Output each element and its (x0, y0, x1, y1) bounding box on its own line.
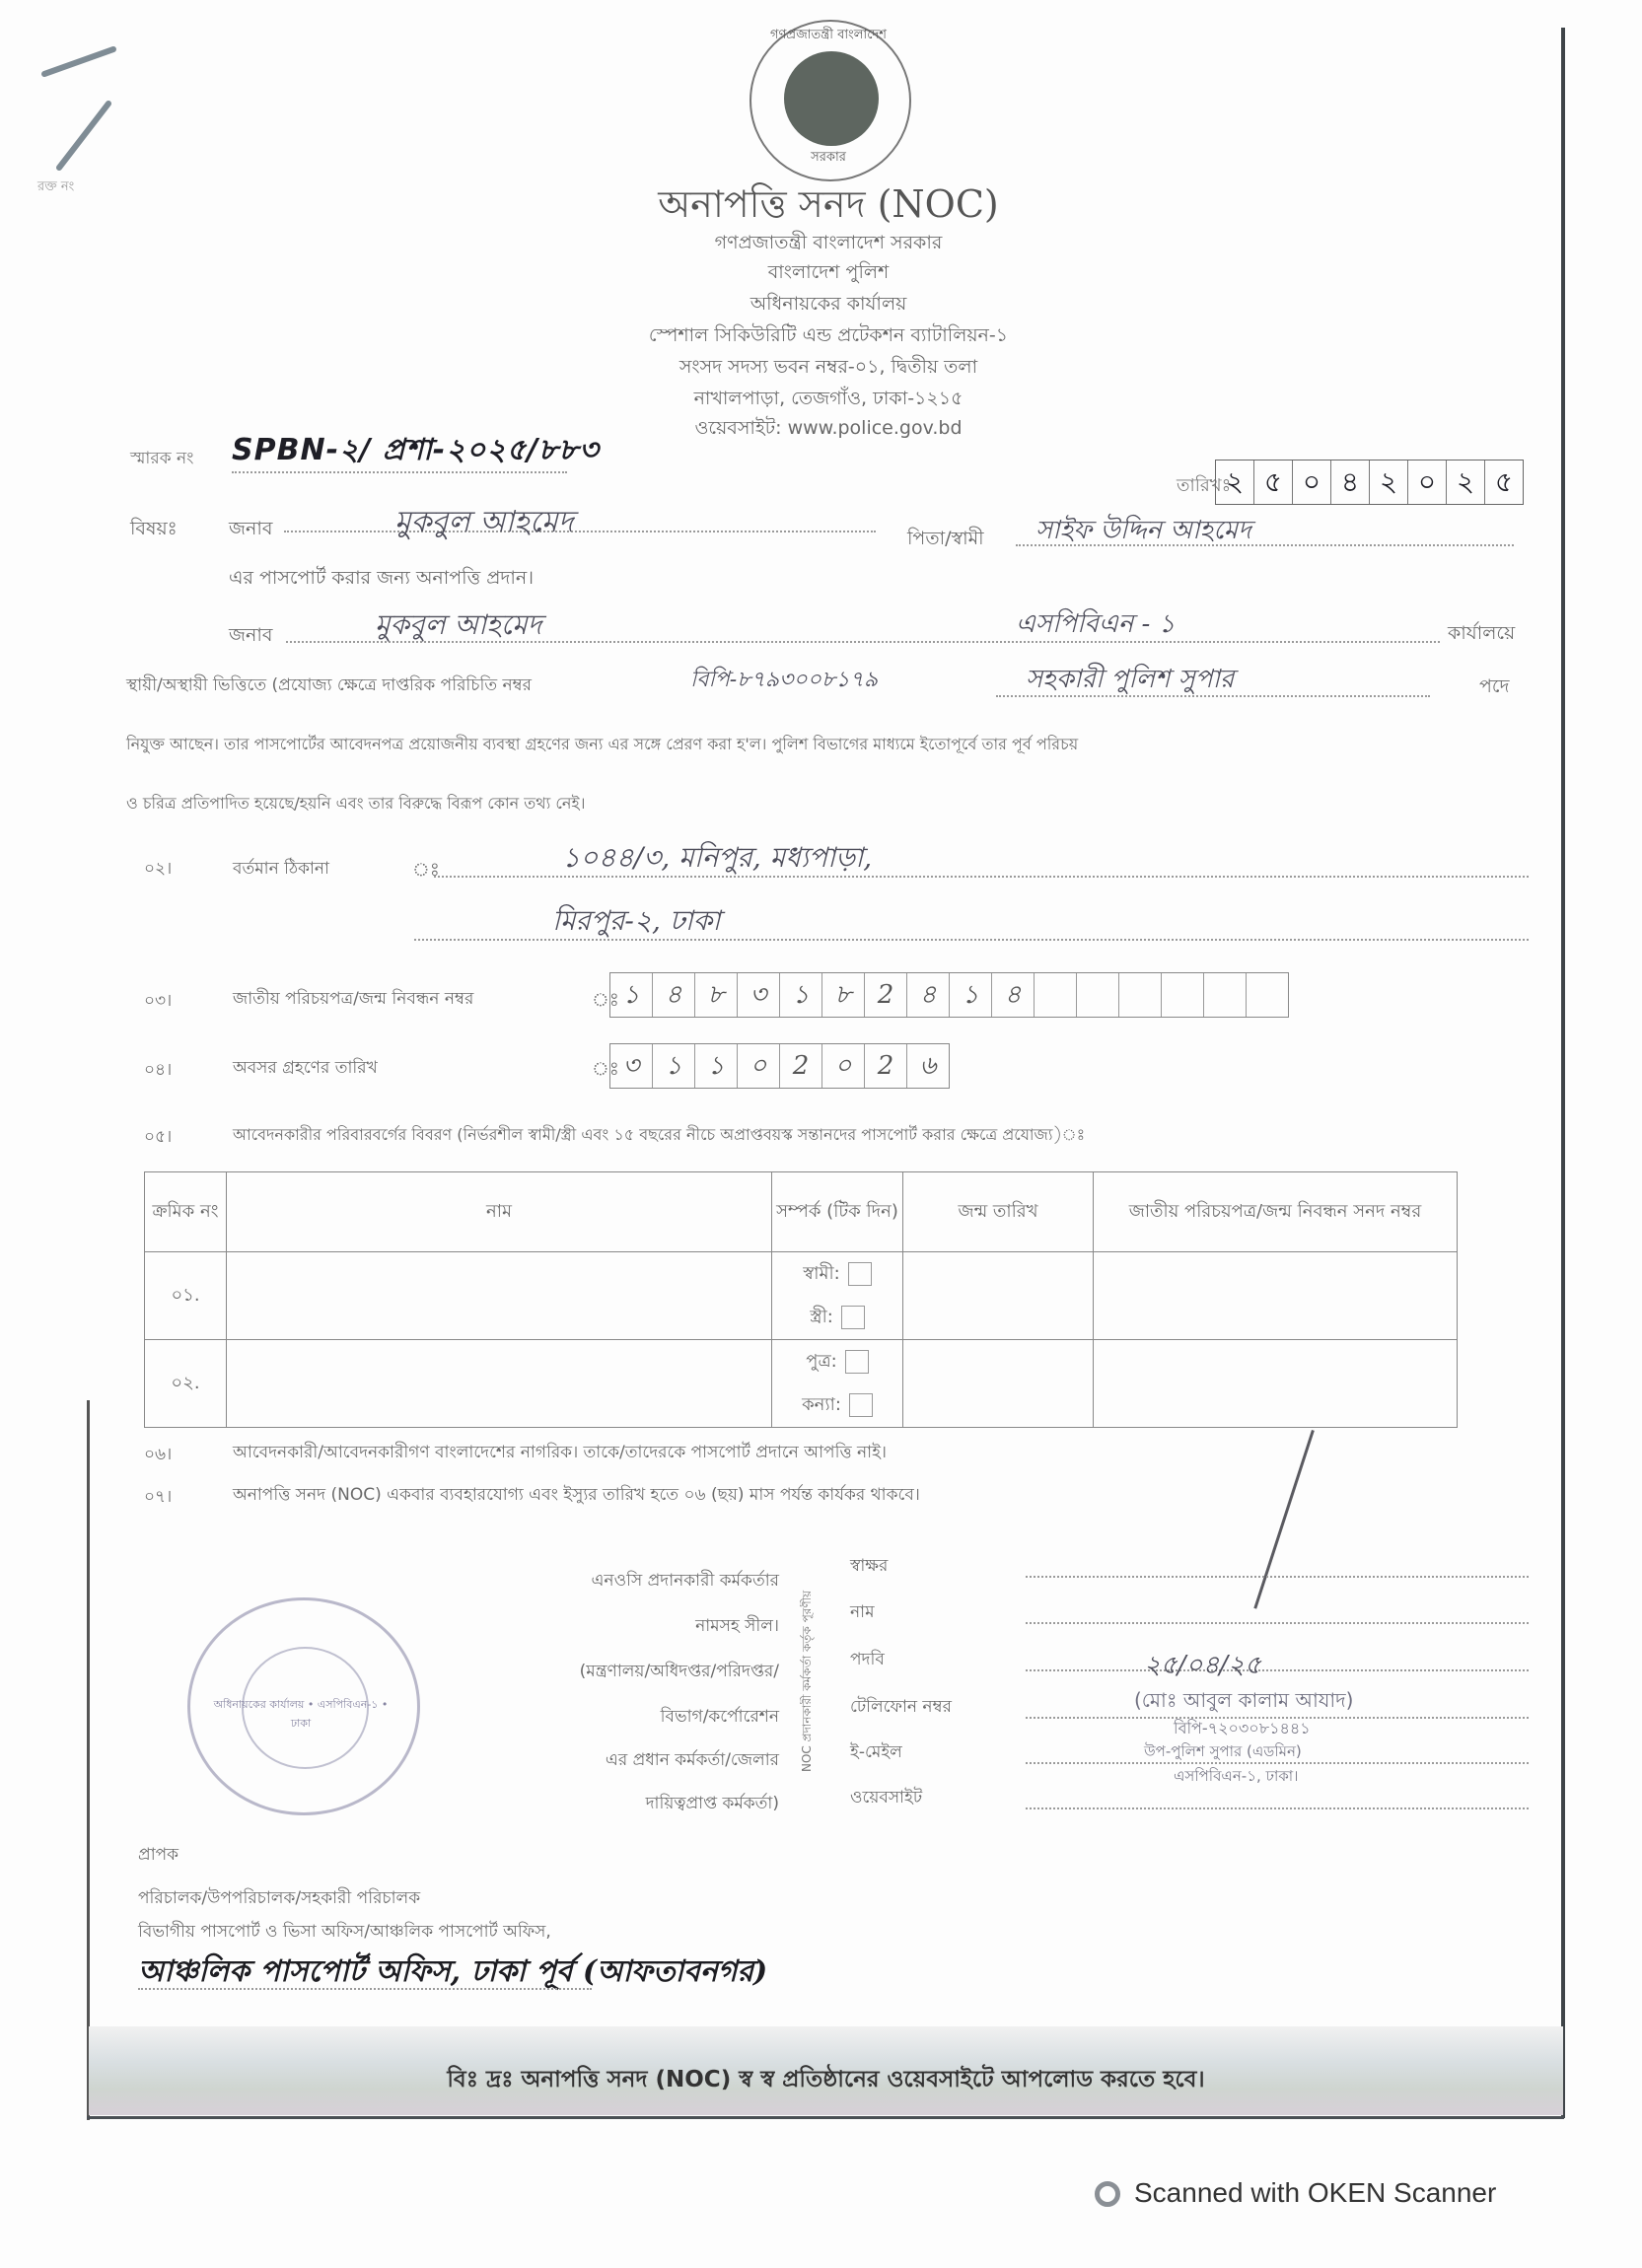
designation-field[interactable] (1026, 1669, 1529, 1671)
officer-line: দায়িত্বপ্রাপ্ত কর্মকর্তা) (493, 1791, 779, 1818)
relation-label: কন্যা: (802, 1394, 841, 1415)
id-number: বিপি-৮৭৯৩০০৮১৭৯ (690, 663, 878, 699)
subject-label: বিষয়ঃ (130, 515, 178, 546)
designation-suffix: পদে (1479, 673, 1510, 704)
address-line-2: মিরপুর-২, ঢাকা (552, 899, 721, 946)
paragraph-1: নিযুক্ত আছেন। তার পাসপোর্টের আবেদনপত্র প… (126, 732, 1546, 758)
retirement-digit: ১ (653, 1044, 695, 1088)
seal-text: অধিনায়কের কার্যালয় • এসপিবিএন-১ • ঢাকা (202, 1696, 399, 1734)
emblem-top-text: গণপ্রজাতন্ত্রী বাংলাদেশ (759, 26, 897, 46)
date-digit: ০ (1293, 461, 1331, 504)
item-04-num: ০৪। (144, 1057, 172, 1085)
scanner-watermark: Scanned with OKEN Scanner (1134, 2177, 1496, 2209)
field-name-label: নাম (850, 1599, 875, 1627)
officer-stamp-name: (মোঃ আবুল কালাম আযাদ) (1134, 1686, 1353, 1719)
retirement-digit: ১ (695, 1044, 738, 1088)
janab-label: জনাব (229, 515, 272, 546)
line-prefix: স্থায়ী/অস্থায়ী ভিত্তিতে (প্রযোজ্য ক্ষে… (126, 673, 532, 700)
memo-label: স্মারক নং (130, 446, 193, 473)
nid-digit: ১ (780, 973, 822, 1017)
field-designation-label: পদবি (850, 1647, 885, 1674)
family-label: আবেদনকারীর পরিবারবর্গের বিবরণ (নির্ভরশীল… (233, 1122, 1085, 1149)
oken-scanner-logo-icon (1095, 2181, 1120, 2207)
officer-vertical-label: NOC প্রদানকারী কর্মকর্তা কর্তৃক পূরণীয় (797, 1543, 817, 1819)
recipient-line-1: পরিচালক/উপপরিচালক/সহকারী পরিচালক (138, 1885, 420, 1913)
row-nid[interactable] (1094, 1340, 1458, 1428)
header-line: সংসদ সদস্য ভবন নম্বর-০১, দ্বিতীয় তলা (454, 353, 1203, 385)
field-website-label: ওয়েবসাইট (850, 1785, 922, 1812)
nid-digit: ১ (950, 973, 992, 1017)
row-serial: ০১. (145, 1252, 227, 1340)
stamp-date: ২৫/০৪/২৫ (1144, 1645, 1261, 1688)
retirement-date-boxes: ৩১১০2০2৬ (609, 1043, 950, 1089)
wife-checkbox[interactable] (841, 1306, 865, 1329)
body-name: মুকবুল আহমেদ (375, 603, 541, 650)
daughter-checkbox[interactable] (849, 1393, 873, 1417)
field-signature-label: স্বাক্ষর (850, 1553, 888, 1581)
nid-digit (1247, 973, 1288, 1017)
staple-pin-icon (39, 30, 118, 187)
date-digit: ০ (1408, 461, 1447, 504)
recipient-line-2: বিভাগীয় পাসপোর্ট ও ভিসা অফিস/আঞ্চলিক পা… (138, 1919, 551, 1947)
nid-digit: ৪ (653, 973, 695, 1017)
header-dob: জন্ম তারিখ (903, 1172, 1094, 1252)
body-janab-label: জনাব (229, 621, 272, 653)
designation: সহকারী পুলিশ সুপার (1026, 659, 1234, 702)
officer-line: এনওসি প্রদানকারী কর্মকর্তার (513, 1568, 779, 1595)
table-row: ০২. পুত্র: (145, 1340, 1458, 1384)
header-name: নাম (227, 1172, 772, 1252)
nid-digit: ৮ (695, 973, 738, 1017)
father-label: পিতা/স্বামী (907, 525, 984, 556)
name-dotted-line (284, 531, 876, 532)
header-line: অধিনায়কের কার্যালয় (454, 290, 1203, 321)
retirement-digit: ০ (738, 1044, 780, 1088)
header-line: বাংলাদেশ পুলিশ (454, 258, 1203, 290)
page-frame-bottom (87, 2116, 1564, 2119)
date-digit: ২ (1370, 461, 1408, 504)
row-name[interactable] (227, 1340, 772, 1428)
retirement-digit: ৬ (907, 1044, 949, 1088)
recipient-label: প্রাপক (138, 1842, 178, 1870)
website-field[interactable] (1026, 1807, 1529, 1809)
nid-digit: 2 (865, 973, 907, 1017)
memo-number: SPBN-২/ প্রশা-২০২৫/৮৮৩ (232, 426, 600, 476)
item-05-num: ০৫। (144, 1124, 172, 1152)
citizenship-statement: আবেদনকারী/আবেদনকারীগণ বাংলাদেশের নাগরিক।… (233, 1440, 887, 1467)
header-nid: জাতীয় পরিচয়পত্র/জন্ম নিবন্ধন সনদ নম্বর (1094, 1172, 1458, 1252)
office-suffix: কার্যালয়ে (1448, 619, 1515, 651)
name-field[interactable] (1026, 1622, 1529, 1624)
date-digit: ২ (1216, 461, 1254, 504)
colon: ঃ (412, 856, 440, 887)
relation-label: স্ত্রী: (810, 1307, 833, 1327)
date-digit: ৪ (1331, 461, 1370, 504)
footer-note: বিঃ দ্রঃ অনাপত্তি সনদ (NOC) স্ব স্ব প্রত… (89, 2061, 1563, 2099)
item-07-num: ০৭। (144, 1484, 172, 1512)
nid-digit (1035, 973, 1077, 1017)
husband-checkbox[interactable] (848, 1262, 872, 1286)
item-02-num: ০২। (144, 856, 172, 884)
paragraph-2: ও চরিত্র প্রতিপাদিত হয়েছে/হয়নি এবং তার… (126, 791, 585, 817)
retirement-label: অবসর গ্রহণের তারিখ (233, 1055, 378, 1083)
item-06-num: ০৬। (144, 1442, 172, 1469)
office-name: এসপিবিএন - ১ (1016, 603, 1175, 647)
officer-line: নামসহ সীল। (513, 1613, 779, 1641)
date-boxes: ২৫০৪২০২৫ (1215, 460, 1524, 505)
header-serial: ক্রমিক নং (145, 1172, 227, 1252)
nid-digit: ১ (610, 973, 653, 1017)
retirement-digit: 2 (865, 1044, 907, 1088)
son-checkbox[interactable] (845, 1350, 869, 1374)
officer-stamp-bp: বিপি-৭২০৩০৮১৪৪১ (1174, 1716, 1311, 1742)
date-digit: ৫ (1485, 461, 1523, 504)
subject-line2: এর পাসপোর্ট করার জন্য অনাপত্তি প্রদান। (229, 564, 534, 596)
officer-stamp-rank: উপ-পুলিশ সুপার (এডমিন) (1144, 1740, 1302, 1765)
address-line-1: ১০৪৪/৩, মনিপুর, মধ্যপাড়া, (562, 836, 872, 883)
nid-digit (1119, 973, 1162, 1017)
table-row: ০১. স্বামী: (145, 1252, 1458, 1297)
nid-digit (1077, 973, 1119, 1017)
family-table: ক্রমিক নং নাম সম্পর্ক (টিক দিন) জন্ম তার… (144, 1171, 1458, 1428)
memo-dotted-line (232, 471, 567, 473)
field-email-label: ই-মেইল (850, 1739, 902, 1767)
nid-number-boxes: ১৪৮৩১৮2৪১৪ (609, 972, 1289, 1018)
field-phone-label: টেলিফোন নম্বর (850, 1694, 952, 1722)
retirement-digit: ০ (822, 1044, 865, 1088)
date-digit: ৫ (1254, 461, 1293, 504)
nid-label: জাতীয় পরিচয়পত্র/জন্ম নিবন্ধন নম্বর (233, 986, 473, 1014)
relation-label: স্বামী: (803, 1263, 839, 1284)
row-serial: ০২. (145, 1340, 227, 1428)
row-nid[interactable] (1094, 1252, 1458, 1340)
recipient-office-handwritten: আঞ্চলিক পাসপোর্ট অফিস, ঢাকা পূর্ব (আফতাব… (138, 1948, 767, 1998)
recipient-dotted-line (138, 1988, 592, 1990)
margin-note: রক্ত নং (37, 177, 74, 198)
applicant-name: মুকবুল আহমেদ (394, 498, 573, 548)
row-dob[interactable] (903, 1252, 1094, 1340)
officer-stamp-unit: এসপিবিএন-১, ঢাকা। (1174, 1765, 1299, 1790)
header-line: গণপ্রজাতন্ত্রী বাংলাদেশ সরকার (454, 229, 1203, 260)
address-label: বর্তমান ঠিকানা (233, 856, 329, 884)
nid-digit (1162, 973, 1204, 1017)
relation-label: পুত্র: (806, 1351, 837, 1372)
father-name: সাইফ উদ্দিন আহমেদ (1035, 510, 1251, 553)
page-frame-left (87, 1400, 90, 2120)
signature-field[interactable] (1026, 1576, 1529, 1578)
nid-digit: ৩ (738, 973, 780, 1017)
item-03-num: ০৩। (144, 988, 172, 1016)
header-line: স্পেশাল সিকিউরিটি এন্ড প্রটেকশন ব্যাটালি… (454, 321, 1203, 353)
header-line: নাখালপাড়া, তেজগাঁও, ঢাকা-১২১৫ (454, 385, 1203, 416)
nid-digit (1204, 973, 1247, 1017)
header-relation: সম্পর্ক (টিক দিন) (772, 1172, 903, 1252)
nid-digit: ৪ (992, 973, 1035, 1017)
nid-digit: ৮ (822, 973, 865, 1017)
date-digit: ২ (1447, 461, 1485, 504)
nid-digit: ৪ (907, 973, 950, 1017)
retirement-digit: ৩ (610, 1044, 653, 1088)
page-frame-right (1561, 28, 1565, 2118)
emblem-map-icon (784, 51, 879, 146)
validity-statement: অনাপত্তি সনদ (NOC) একবার ব্যবহারযোগ্য এব… (233, 1482, 920, 1510)
officer-line: বিভাগ/কর্পোরেশন (513, 1704, 779, 1732)
officer-line: (মন্ত্রণালয়/অধিদপ্তর/পরিদপ্তর/ (464, 1659, 779, 1686)
retirement-digit: 2 (780, 1044, 822, 1088)
officer-line: এর প্রধান কর্মকর্তা/জেলার (493, 1747, 779, 1775)
row-dob[interactable] (903, 1340, 1094, 1428)
signature-stroke (1253, 1430, 1315, 1609)
emblem-bottom-text: সরকার (759, 148, 897, 169)
row-name[interactable] (227, 1252, 772, 1340)
